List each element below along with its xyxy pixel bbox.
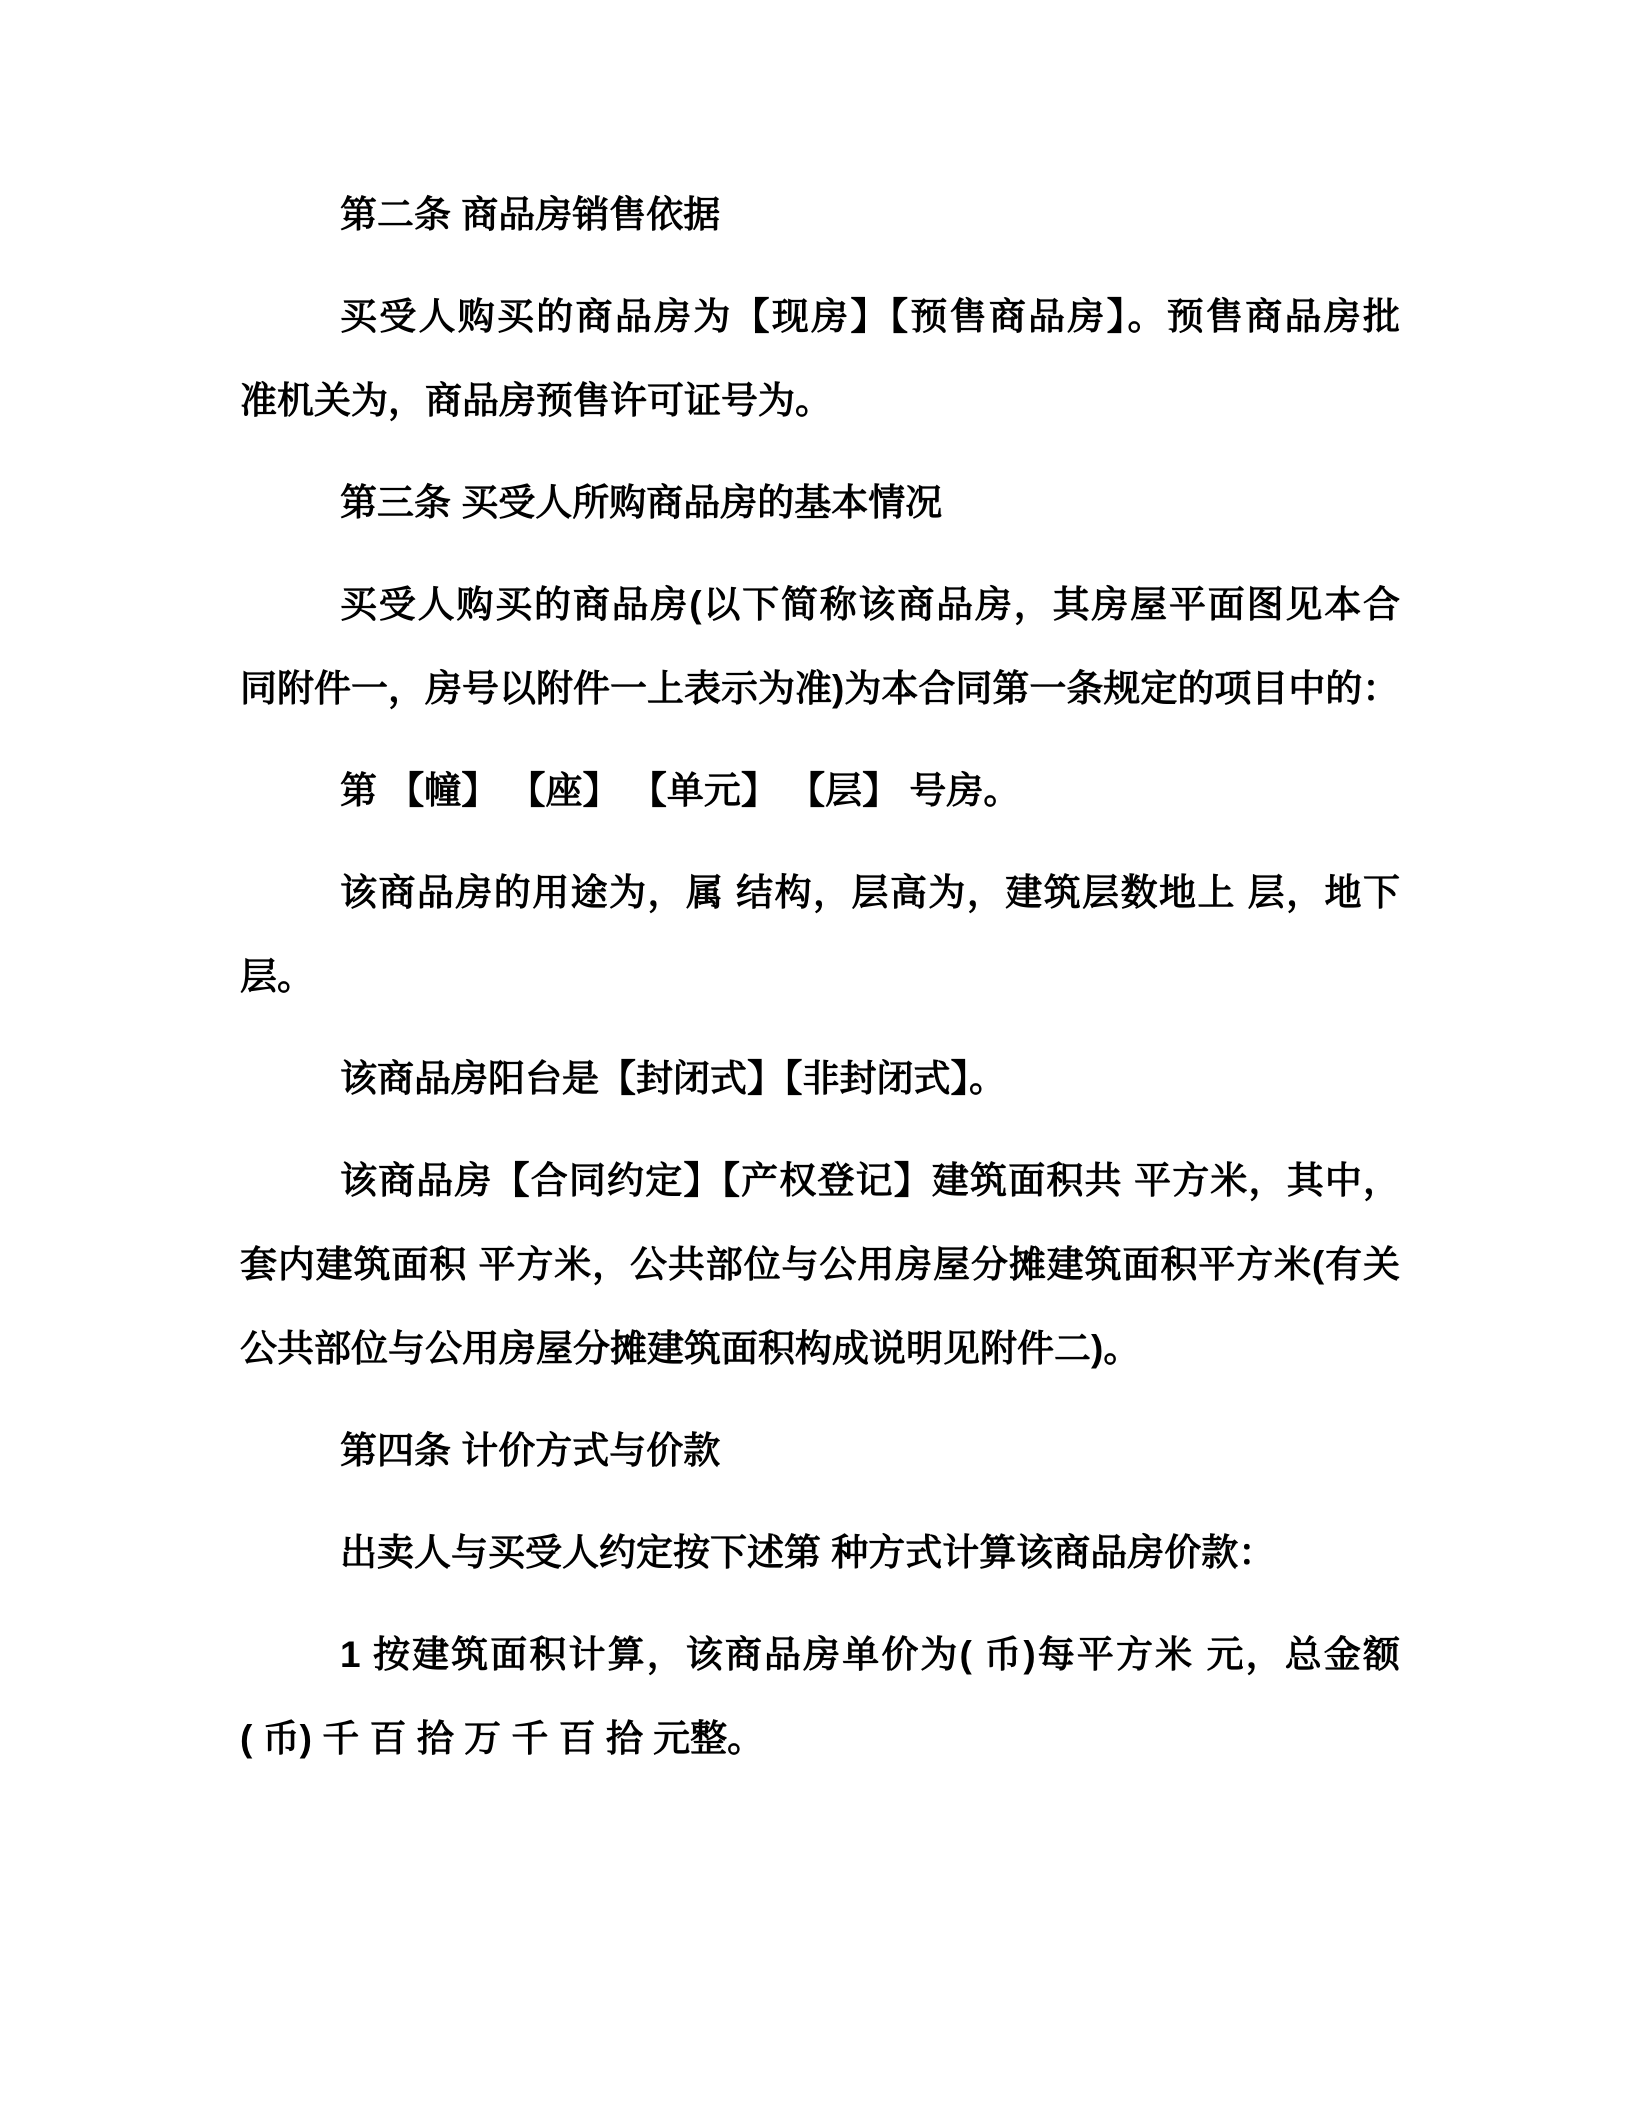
section-heading-line: 第二条 商品房销售依据 <box>240 173 1400 257</box>
document-line: 该商品房的用途为，属 结构，层高为，建筑层数地上 层，地下 <box>240 851 1400 935</box>
document-page: 第二条 商品房销售依据买受人购买的商品房为【现房】【预售商品房】。预售商品房批准… <box>0 0 1632 2112</box>
article-4-para-1: 出卖人与买受人约定按下述第 种方式计算该商品房价款： <box>240 1511 1400 1595</box>
document-line: 买受人购买的商品房(以下简称该商品房，其房屋平面图见本合 <box>240 563 1400 647</box>
document-line: 出卖人与买受人约定按下述第 种方式计算该商品房价款： <box>240 1511 1400 1595</box>
document-line: 该商品房阳台是【封闭式】【非封闭式】。 <box>240 1037 1400 1121</box>
document-line: 该商品房【合同约定】【产权登记】建筑面积共 平方米，其中， <box>240 1139 1400 1223</box>
section-heading-line: 第三条 买受人所购商品房的基本情况 <box>240 461 1400 545</box>
document-line: 第 【幢】 【座】 【单元】 【层】 号房。 <box>240 749 1400 833</box>
article-3-para-1: 买受人购买的商品房(以下简称该商品房，其房屋平面图见本合同附件一，房号以附件一上… <box>240 563 1400 731</box>
article-3-para-5: 该商品房【合同约定】【产权登记】建筑面积共 平方米，其中，套内建筑面积 平方米，… <box>240 1139 1400 1391</box>
article-2-body: 买受人购买的商品房为【现房】【预售商品房】。预售商品房批准机关为，商品房预售许可… <box>240 275 1400 443</box>
document-line: 准机关为，商品房预售许可证号为。 <box>240 359 1400 443</box>
document-line: 1 按建筑面积计算，该商品房单价为( 币)每平方米 元，总金额 <box>240 1613 1400 1697</box>
article-3-para-3: 该商品房的用途为，属 结构，层高为，建筑层数地上 层，地下层。 <box>240 851 1400 1019</box>
article-3-para-4: 该商品房阳台是【封闭式】【非封闭式】。 <box>240 1037 1400 1121</box>
article-4-heading: 第四条 计价方式与价款 <box>240 1409 1400 1493</box>
document-line: 同附件一，房号以附件一上表示为准)为本合同第一条规定的项目中的： <box>240 647 1400 731</box>
section-heading-line: 第四条 计价方式与价款 <box>240 1409 1400 1493</box>
document-content: 第二条 商品房销售依据买受人购买的商品房为【现房】【预售商品房】。预售商品房批准… <box>240 173 1400 1799</box>
document-line: 套内建筑面积 平方米，公共部位与公用房屋分摊建筑面积平方米(有关 <box>240 1223 1400 1307</box>
article-3-para-2: 第 【幢】 【座】 【单元】 【层】 号房。 <box>240 749 1400 833</box>
document-line: ( 币) 千 百 拾 万 千 百 拾 元整。 <box>240 1697 1400 1781</box>
article-2-heading: 第二条 商品房销售依据 <box>240 173 1400 257</box>
article-4-para-2: 1 按建筑面积计算，该商品房单价为( 币)每平方米 元，总金额( 币) 千 百 … <box>240 1613 1400 1781</box>
document-line: 层。 <box>240 935 1400 1019</box>
document-line: 买受人购买的商品房为【现房】【预售商品房】。预售商品房批 <box>240 275 1400 359</box>
document-line: 公共部位与公用房屋分摊建筑面积构成说明见附件二)。 <box>240 1307 1400 1391</box>
article-3-heading: 第三条 买受人所购商品房的基本情况 <box>240 461 1400 545</box>
